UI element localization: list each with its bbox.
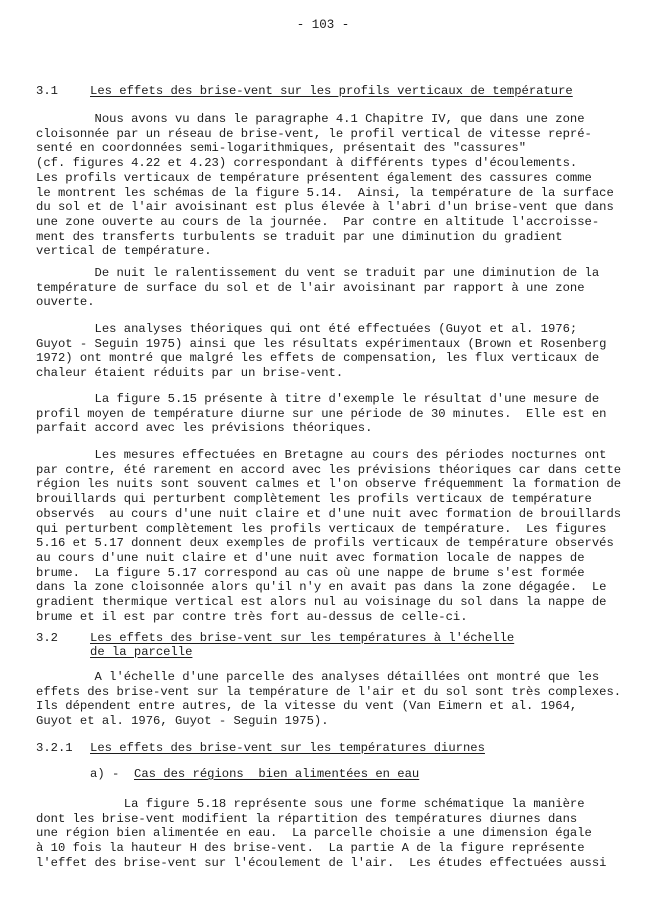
text-line: vertical de température.: [36, 244, 212, 258]
text-line: Les mesures effectuées en Bretagne au co…: [36, 448, 606, 462]
section-title-3-2-1: Les effets des brise-vent sur les tempér…: [90, 741, 485, 755]
text-line: ment des transferts turbulents se tradui…: [36, 230, 563, 244]
text-line: Les analyses théoriques qui ont été effe…: [36, 322, 577, 336]
text-line: Guyot - Seguin 1975) ainsi que les résul…: [36, 337, 606, 351]
text-line: De nuit le ralentissement du vent se tra…: [36, 266, 599, 280]
text-line: effets des brise-vent sur la température…: [36, 685, 621, 699]
text-line: senté en coordonnées semi-logarithmiques…: [36, 141, 526, 155]
text-line: une région bien alimentée en eau. La par…: [36, 826, 592, 840]
document-page: - 103 - 3.1 Les effets des brise-vent su…: [0, 0, 646, 900]
text-line: profil moyen de température diurne sur u…: [36, 407, 606, 421]
text-line: Ils dépendent entre autres, de la vitess…: [36, 699, 577, 713]
text-line: 5.16 et 5.17 donnent deux exemples de pr…: [36, 536, 614, 550]
text-line: du sol et de l'air avoisinant est plus é…: [36, 200, 614, 214]
section-number-3-2-1: 3.2.1: [36, 741, 73, 755]
section-number-3-2: 3.2: [36, 631, 58, 645]
text-line: à 10 fois la hauteur H des brise-vent. L…: [36, 841, 585, 855]
text-line: par contre, été rarement en accord avec …: [36, 463, 621, 477]
section-title-3-1: Les effets des brise-vent sur les profil…: [90, 84, 573, 98]
text-line: chaleur étaient réduits par un brise-ven…: [36, 366, 343, 380]
section-title-3-2-line-1: Les effets des brise-vent sur les tempér…: [90, 631, 514, 645]
section-title-3-2-line-2: de la parcelle: [90, 645, 192, 659]
text-line: région les nuits sont souvent calmes et …: [36, 477, 621, 491]
text-line: observés au cours d'une nuit claire et d…: [36, 507, 621, 521]
text-line: qui perturbent complètement les profils …: [36, 522, 606, 536]
text-line: (cf. figures 4.22 et 4.23) correspondant…: [36, 156, 577, 170]
text-line: brume. La figure 5.17 correspond au cas …: [36, 566, 585, 580]
section-number-3-1: 3.1: [36, 84, 58, 98]
text-line: température de surface du sol et de l'ai…: [36, 281, 585, 295]
text-line: A l'échelle d'une parcelle des analyses …: [36, 670, 599, 684]
text-line: 1972) ont montré que malgré les effets d…: [36, 351, 599, 365]
text-line: Les profils verticaux de température pré…: [36, 171, 592, 185]
text-line: Nous avons vu dans le paragraphe 4.1 Cha…: [36, 112, 585, 126]
text-line: ouverte.: [36, 295, 95, 309]
page-number: - 103 -: [0, 18, 646, 32]
text-line: brume et il est par contre très fort au-…: [36, 610, 468, 624]
text-line: gradient thermique vertical est alors nu…: [36, 595, 606, 609]
subsection-label-a: a) -: [90, 767, 127, 781]
text-line: dans la zone cloisonnée alors qu'il n'y …: [36, 580, 606, 594]
text-line: une zone ouverte au cours de la journée.…: [36, 215, 599, 229]
text-line: La figure 5.18 représente sous une forme…: [36, 797, 585, 811]
text-line: La figure 5.15 présente à titre d'exempl…: [36, 392, 599, 406]
text-line: dont les brise-vent modifient la réparti…: [36, 812, 577, 826]
subsection-title-regions-eau: Cas des régions bien alimentées en eau: [134, 767, 419, 781]
text-line: parfait accord avec les prévisions théor…: [36, 421, 372, 435]
text-line: au cours d'une nuit claire et d'une nuit…: [36, 551, 585, 565]
text-line: Guyot et al. 1976, Guyot - Seguin 1975).: [36, 714, 329, 728]
text-line: le montrent les schémas de la figure 5.1…: [36, 186, 614, 200]
text-line: l'effet des brise-vent sur l'écoulement …: [36, 856, 606, 870]
text-line: brouillards qui perturbent complètement …: [36, 492, 592, 506]
text-line: cloisonnée par un réseau de brise-vent, …: [36, 127, 592, 141]
